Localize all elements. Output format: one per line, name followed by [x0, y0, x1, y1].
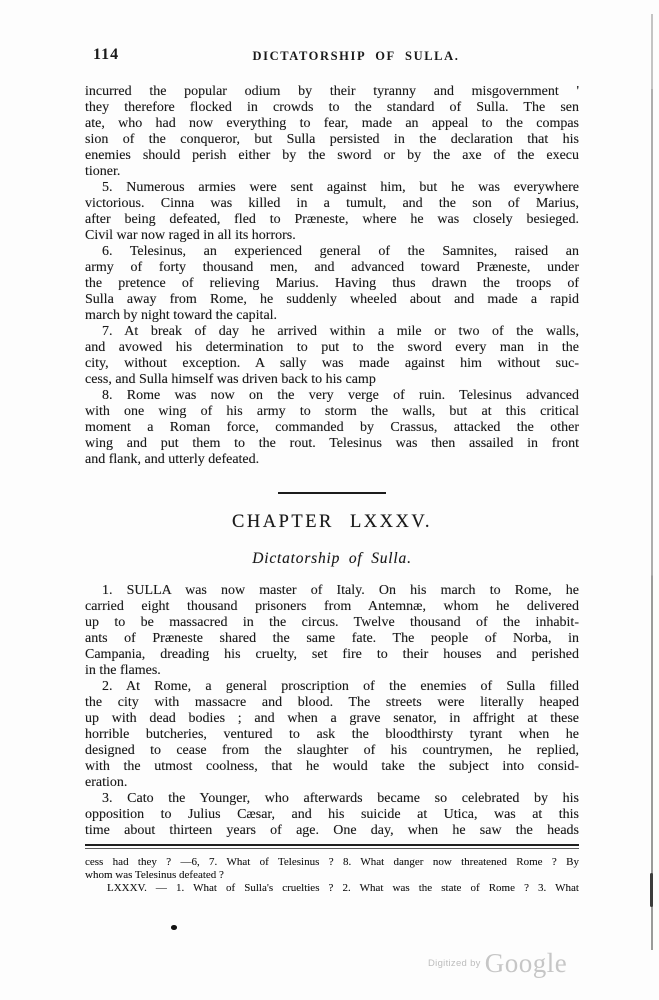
paragraph-7: 7. At break of day he arrived within a m… — [85, 324, 579, 388]
text-line: and avowed his determination to put to t… — [85, 340, 579, 356]
paragraph-2: 2. At Rome, a general proscription of th… — [85, 679, 579, 791]
text-line: and flank, and utterly defeated. — [85, 452, 579, 468]
text-line: incurred the popular odium by their tyra… — [85, 84, 579, 100]
paragraph-8: 8. Rome was now on the very verge of rui… — [85, 388, 579, 468]
google-watermark: Digitized by Google — [428, 948, 567, 979]
paragraph-continuation: incurred the popular odium by their tyra… — [85, 84, 579, 180]
running-header: DICTATORSHIP OF SULLA. — [109, 46, 603, 64]
text-line: army of forty thousand men, and advanced… — [85, 260, 579, 276]
text-line: ants of Præneste shared the same fate. T… — [85, 631, 579, 647]
text-line: with the utmost coolness, that he would … — [85, 759, 579, 775]
text-line: designed to cease from the slaughter of … — [85, 743, 579, 759]
text-line: Civil war now raged in all its horrors. — [85, 228, 579, 244]
text-line: city, without exception. A sally was mad… — [85, 356, 579, 372]
text-line: victorious. Cinna was killed in a tumult… — [85, 196, 579, 212]
text-line: in the flames. — [85, 663, 579, 679]
google-logo: Google — [485, 948, 567, 978]
text-line: 5. Numerous armies were sent against him… — [85, 180, 579, 196]
text-line: moment a Roman force, commanded by Crass… — [85, 420, 579, 436]
text-line: 8. Rome was now on the very verge of rui… — [85, 388, 579, 404]
chapter-divider-rule — [278, 492, 386, 494]
text-line: opposition to Julius Cæsar, and his suic… — [85, 807, 579, 823]
page-edge-line — [651, 14, 653, 950]
text-line: 7. At break of day he arrived within a m… — [85, 324, 579, 340]
text-line: carried eight thousand prisoners from An… — [85, 599, 579, 615]
text-line: 3. Cato the Younger, who afterwards beca… — [85, 791, 579, 807]
footnote-line: whom was Telesinus defeated ? — [85, 869, 579, 882]
text-line: tioner. — [85, 164, 579, 180]
text-line: after being defeated, fled to Præneste, … — [85, 212, 579, 228]
text-line: the pretence of relieving Marius. Having… — [85, 276, 579, 292]
chapter-heading: CHAPTER LXXXV. — [85, 512, 579, 533]
text-line: sion of the conqueror, but Sulla persist… — [85, 132, 579, 148]
footnote-line: LXXXV. — 1. What of Sulla's cruelties ? … — [85, 882, 579, 895]
text-line: 1. SULLA was now master of Italy. On his… — [85, 583, 579, 599]
paragraph-1: 1. SULLA was now master of Italy. On his… — [85, 583, 579, 679]
text-line: Campania, dreading his cruelty, set fire… — [85, 647, 579, 663]
ink-dot — [171, 925, 177, 930]
text-line: the city with massacre and blood. The st… — [85, 695, 579, 711]
text-line: 2. At Rome, a general proscription of th… — [85, 679, 579, 695]
text-line: 6. Telesinus, an experienced general of … — [85, 244, 579, 260]
text-line: time about thirteen years of age. One da… — [85, 823, 579, 839]
paragraph-3: 3. Cato the Younger, who afterwards beca… — [85, 791, 579, 839]
paragraph-5: 5. Numerous armies were sent against him… — [85, 180, 579, 244]
text-line: ate, who had now everything to fear, mad… — [85, 116, 579, 132]
text-line: wing and put them to the rout. Telesinus… — [85, 436, 579, 452]
paragraph-6: 6. Telesinus, an experienced general of … — [85, 244, 579, 324]
chapter-subtitle: Dictatorship of Sulla. — [85, 550, 579, 568]
text-line: eration. — [85, 775, 579, 791]
text-line: Sulla away from Rome, he suddenly wheele… — [85, 292, 579, 308]
page-edge-mark — [650, 873, 653, 907]
watermark-text: Digitized by — [428, 958, 481, 969]
text-column: 114 DICTATORSHIP OF SULLA. incurred the … — [85, 0, 579, 896]
footnote-line: cess had they ? —6, 7. What of Telesinus… — [85, 856, 579, 869]
footnotes: cess had they ? —6, 7. What of Telesinus… — [85, 856, 579, 896]
text-line: horrible butcheries, ventured to ask the… — [85, 727, 579, 743]
text-line: march by night toward the capital. — [85, 308, 579, 324]
page-header: 114 DICTATORSHIP OF SULLA. — [85, 46, 579, 66]
text-line: cess, and Sulla himself was driven back … — [85, 372, 579, 388]
text-line: up with dead bodies ; and when a grave s… — [85, 711, 579, 727]
text-line: enemies should perish either by the swor… — [85, 148, 579, 164]
text-line: up to be massacred in the circus. Twelve… — [85, 615, 579, 631]
footnote-separator — [85, 844, 579, 849]
text-line: with one wing of his army to storm the w… — [85, 404, 579, 420]
text-line: they therefore flocked in crowds to the … — [85, 100, 579, 116]
